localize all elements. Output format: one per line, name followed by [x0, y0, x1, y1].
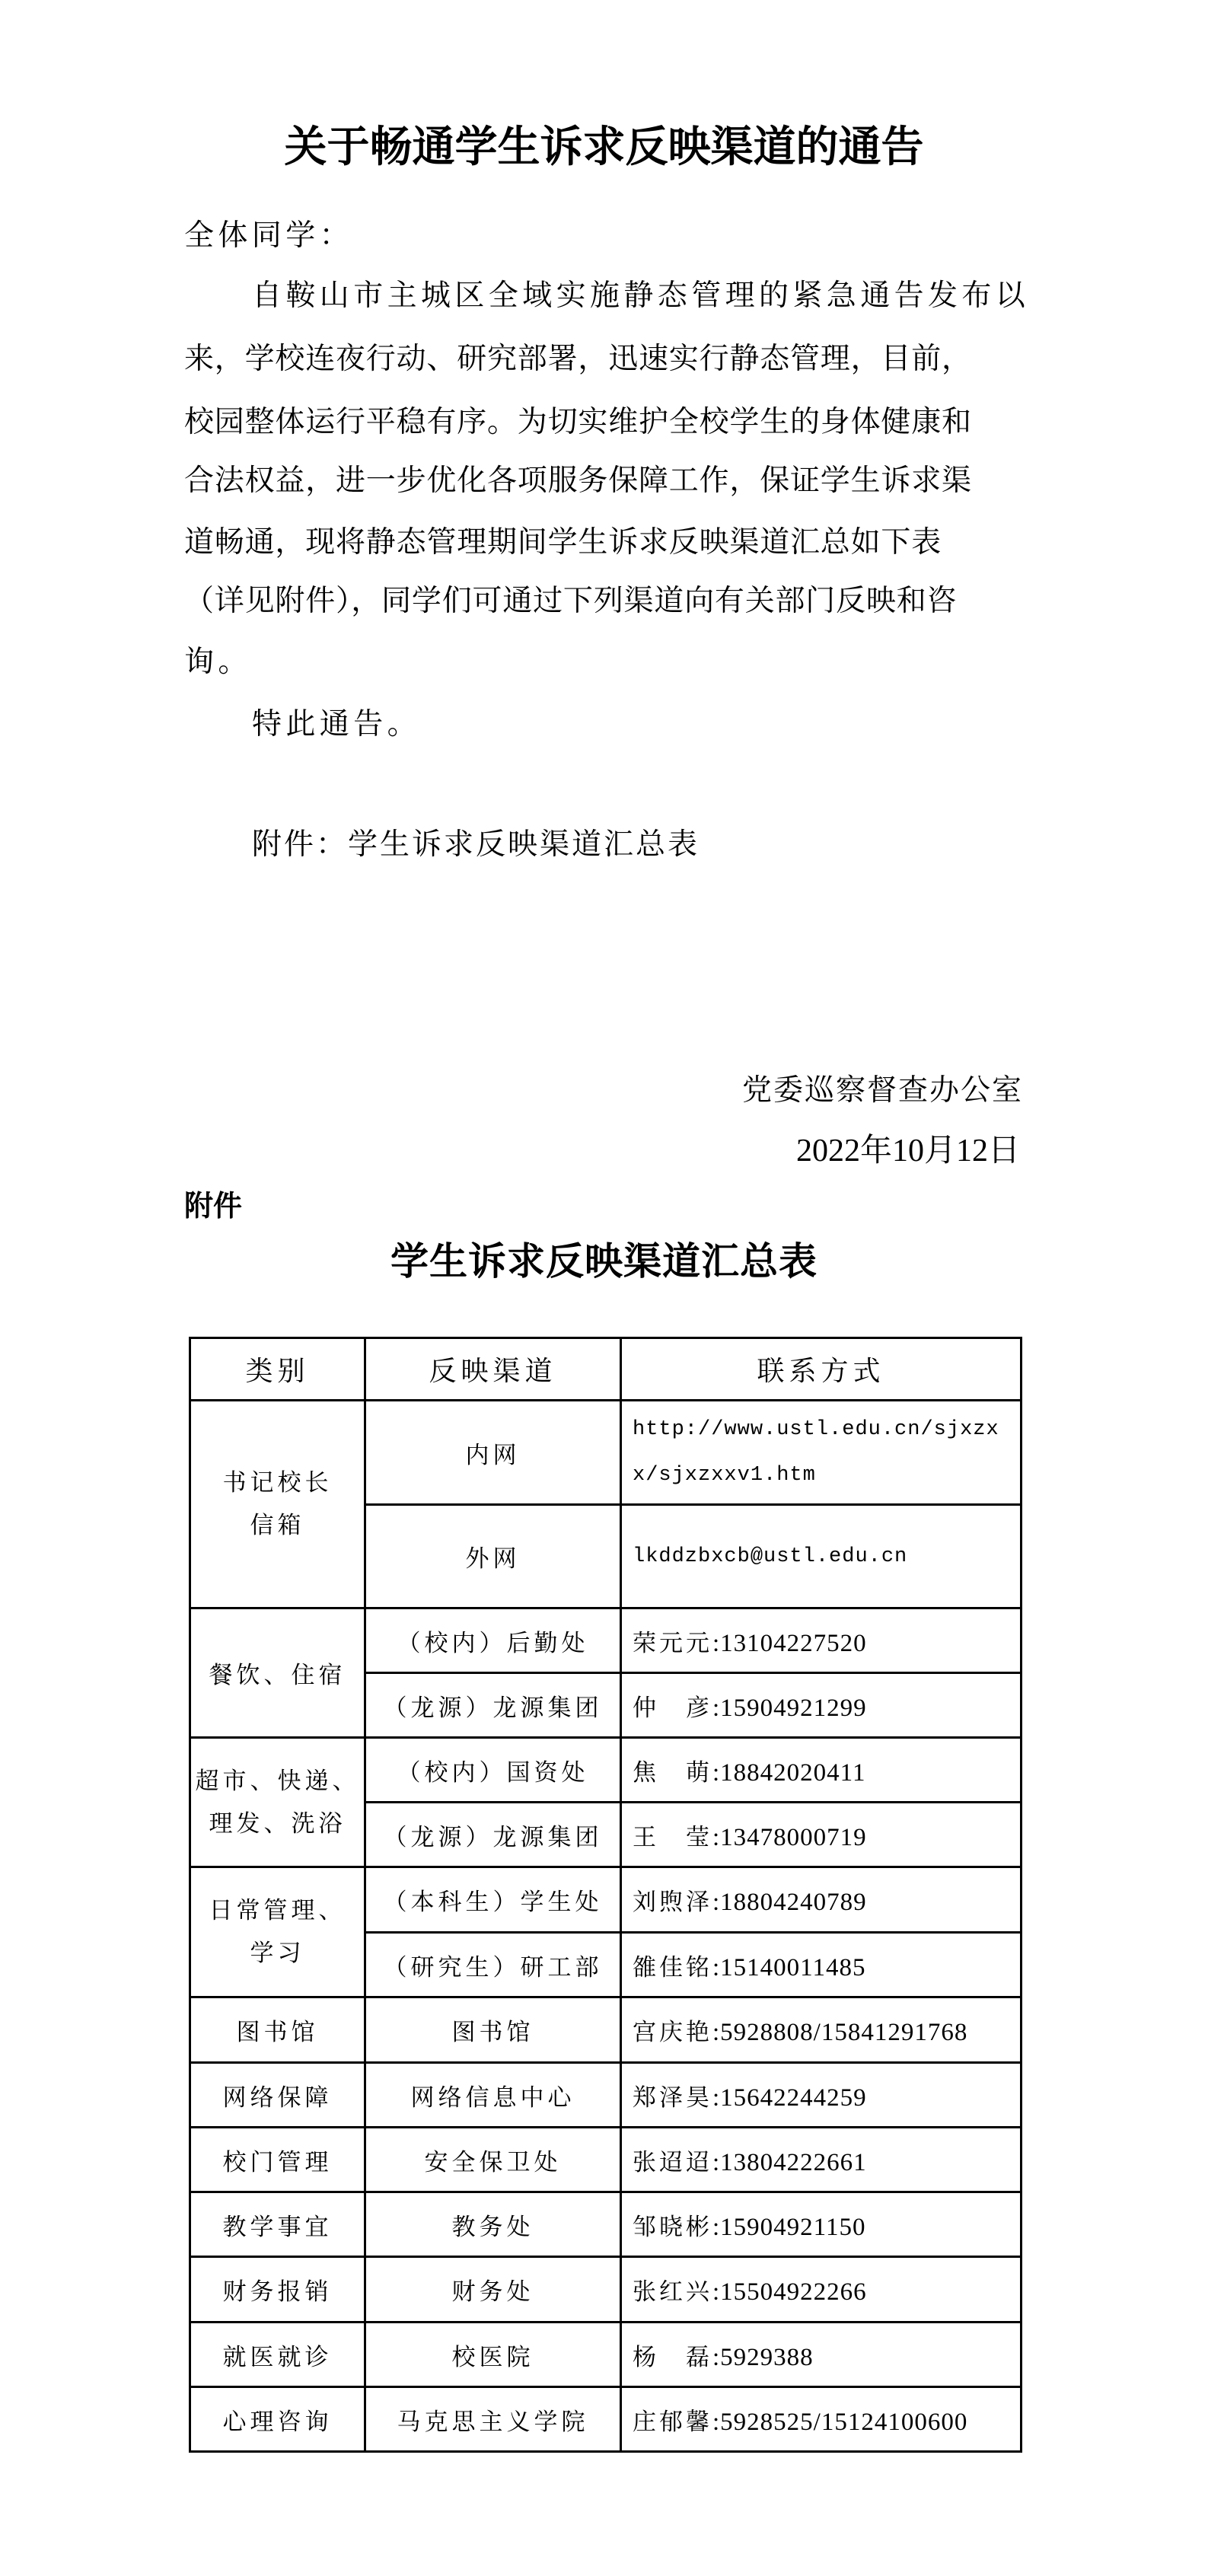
- contact-name: 雒佳铭: [633, 1954, 712, 1981]
- category-cell: 校门管理: [190, 2128, 365, 2192]
- body-line-4: 合法权益，进一步优化各项服务保障工作，保证学生诉求渠: [184, 463, 972, 499]
- contact-phone: 5928525/15124100600: [720, 2409, 967, 2436]
- contact-name: 荣元元: [633, 1630, 712, 1657]
- contact-name: 庄郁馨: [633, 2409, 712, 2436]
- notice-date: 2022年10月12日: [796, 1133, 1020, 1169]
- channel-cell: 外网: [365, 1505, 621, 1608]
- category-cell: 餐饮、住宿: [190, 1608, 365, 1738]
- contact-name: 张红兴: [633, 2278, 712, 2306]
- channel-cell: 网络信息中心: [365, 2063, 621, 2128]
- contact-name: 张迢迢: [633, 2149, 712, 2176]
- contact-cell: 宫庆艳:5928808/15841291768: [621, 1997, 1022, 2063]
- body-line-6: （详见附件），同学们可通过下列渠道向有关部门反映和咨: [184, 583, 957, 620]
- body-line-1: 自鞍山市主城区全域实施静态管理的紧急通告发布以: [252, 278, 1029, 314]
- contact-phone: 13104227520: [720, 1630, 867, 1657]
- table-row: 书记校长 信箱 内网 http://www.ustl.edu.cn/sjxzxx…: [190, 1401, 1022, 1505]
- contact-name: 郑泽昊: [633, 2084, 712, 2112]
- category-cell: 书记校长 信箱: [190, 1401, 365, 1608]
- channel-cell: 内网: [365, 1401, 621, 1505]
- notice-title: 关于畅通学生诉求反映渠道的通告: [0, 120, 1208, 174]
- body-line-2: 来，学校连夜行动、研究部署，迅速实行静态管理，目前，: [184, 341, 972, 378]
- header-channel: 反映渠道: [365, 1338, 621, 1401]
- contact-name: 王 莹: [633, 1824, 712, 1851]
- contact-cell: 庄郁馨:5928525/15124100600: [621, 2387, 1022, 2452]
- body-line-5: 道畅通，现将静态管理期间学生诉求反映渠道汇总如下表: [184, 524, 942, 561]
- category-cell: 财务报销: [190, 2257, 365, 2323]
- body-line-7: 询。: [184, 644, 252, 681]
- contact-phone: 5928808/15841291768: [720, 2019, 967, 2046]
- category-cell: 超市、快递、 理发、洗浴: [190, 1738, 365, 1867]
- channel-cell: （校内）后勤处: [365, 1608, 621, 1673]
- header-contact: 联系方式: [621, 1338, 1022, 1401]
- attachment-reference: 附件：学生诉求反映渠道汇总表: [252, 827, 700, 863]
- contact-phone: 15642244259: [720, 2084, 867, 2112]
- channel-cell: （研究生）研工部: [365, 1933, 621, 1997]
- contact-cell: 张红兴:15504922266: [621, 2257, 1022, 2323]
- table-row: 网络保障 网络信息中心 郑泽昊:15642244259: [190, 2063, 1022, 2128]
- contact-url[interactable]: http://www.ustl.edu.cn/sjxzxx/sjxzxxv1.h…: [621, 1401, 1022, 1505]
- contact-cell: 雒佳铭:15140011485: [621, 1933, 1022, 1997]
- contact-cell: 杨 磊:5929388: [621, 2323, 1022, 2387]
- attachment-title: 学生诉求反映渠道汇总表: [0, 1237, 1208, 1286]
- channel-cell: 教务处: [365, 2192, 621, 2257]
- table-row: 心理咨询 马克思主义学院 庄郁馨:5928525/15124100600: [190, 2387, 1022, 2452]
- table-row: 日常管理、 学习 （本科生）学生处 刘煦泽:18804240789: [190, 1867, 1022, 1933]
- table-row: 财务报销 财务处 张红兴:15504922266: [190, 2257, 1022, 2323]
- table-row: 就医就诊 校医院 杨 磊:5929388: [190, 2323, 1022, 2387]
- category-cell: 网络保障: [190, 2063, 365, 2128]
- channel-cell: （本科生）学生处: [365, 1867, 621, 1933]
- contact-phone: 15904921150: [720, 2214, 865, 2241]
- channel-cell: （校内）国资处: [365, 1738, 621, 1803]
- contact-cell: 荣元元:13104227520: [621, 1608, 1022, 1673]
- channel-cell: 财务处: [365, 2257, 621, 2323]
- table-header-row: 类别 反映渠道 联系方式: [190, 1338, 1022, 1401]
- channel-cell: （龙源）龙源集团: [365, 1803, 621, 1867]
- attachment-label: 附件: [184, 1188, 242, 1224]
- salutation: 全体同学：: [184, 218, 353, 254]
- channel-cell: 安全保卫处: [365, 2128, 621, 2192]
- category-line: 书记校长: [191, 1462, 364, 1504]
- channel-cell: （龙源）龙源集团: [365, 1673, 621, 1738]
- contact-name: 焦 萌: [633, 1759, 712, 1787]
- channels-table: 类别 反映渠道 联系方式 书记校长 信箱 内网 http://www.ustl.…: [189, 1337, 1022, 2453]
- contact-cell: 焦 萌:18842020411: [621, 1738, 1022, 1803]
- contact-name: 杨 磊: [633, 2344, 712, 2371]
- contact-name: 刘煦泽: [633, 1889, 712, 1916]
- header-category: 类别: [190, 1338, 365, 1401]
- signature-office: 党委巡察督查办公室: [742, 1073, 1023, 1109]
- body-line-3: 校园整体运行平稳有序。为切实维护全校学生的身体健康和: [184, 404, 972, 441]
- category-line: 理发、洗浴: [191, 1803, 364, 1845]
- channel-cell: 马克思主义学院: [365, 2387, 621, 2452]
- category-cell: 图书馆: [190, 1997, 365, 2063]
- contact-phone: 15140011485: [720, 1954, 865, 1981]
- contact-phone: 15504922266: [720, 2278, 867, 2306]
- contact-email[interactable]: lkddzbxcb@ustl.edu.cn: [621, 1505, 1022, 1608]
- table-row: 教学事宜 教务处 邹晓彬:15904921150: [190, 2192, 1022, 2257]
- contact-phone: 18804240789: [720, 1889, 867, 1916]
- category-cell: 日常管理、 学习: [190, 1867, 365, 1997]
- contact-phone: 13478000719: [720, 1824, 867, 1851]
- category-cell: 心理咨询: [190, 2387, 365, 2452]
- channel-cell: 图书馆: [365, 1997, 621, 2063]
- contact-cell: 仲 彦:15904921299: [621, 1673, 1022, 1738]
- table-row: 图书馆 图书馆 宫庆艳:5928808/15841291768: [190, 1997, 1022, 2063]
- table-row: 超市、快递、 理发、洗浴 （校内）国资处 焦 萌:18842020411: [190, 1738, 1022, 1803]
- category-line: 日常管理、: [191, 1889, 364, 1932]
- contact-cell: 郑泽昊:15642244259: [621, 2063, 1022, 2128]
- contact-cell: 邹晓彬:15904921150: [621, 2192, 1022, 2257]
- closing-text: 特此通告。: [252, 706, 421, 743]
- table-row: 校门管理 安全保卫处 张迢迢:13804222661: [190, 2128, 1022, 2192]
- contact-phone: 18842020411: [720, 1759, 865, 1787]
- contact-phone: 15904921299: [720, 1694, 867, 1722]
- contact-name: 宫庆艳: [633, 2019, 712, 2046]
- contact-cell: 王 莹:13478000719: [621, 1803, 1022, 1867]
- contact-name: 邹晓彬: [633, 2214, 712, 2241]
- contact-phone: 5929388: [720, 2344, 814, 2371]
- category-line: 学习: [191, 1932, 364, 1975]
- contact-cell: 张迢迢:13804222661: [621, 2128, 1022, 2192]
- category-line: 信箱: [191, 1504, 364, 1547]
- table-row: 餐饮、住宿 （校内）后勤处 荣元元:13104227520: [190, 1608, 1022, 1673]
- contact-phone: 13804222661: [720, 2149, 867, 2176]
- category-cell: 教学事宜: [190, 2192, 365, 2257]
- category-line: 超市、快递、: [191, 1760, 364, 1803]
- contact-name: 仲 彦: [633, 1694, 712, 1722]
- channel-cell: 校医院: [365, 2323, 621, 2387]
- category-cell: 就医就诊: [190, 2323, 365, 2387]
- contact-cell: 刘煦泽:18804240789: [621, 1867, 1022, 1933]
